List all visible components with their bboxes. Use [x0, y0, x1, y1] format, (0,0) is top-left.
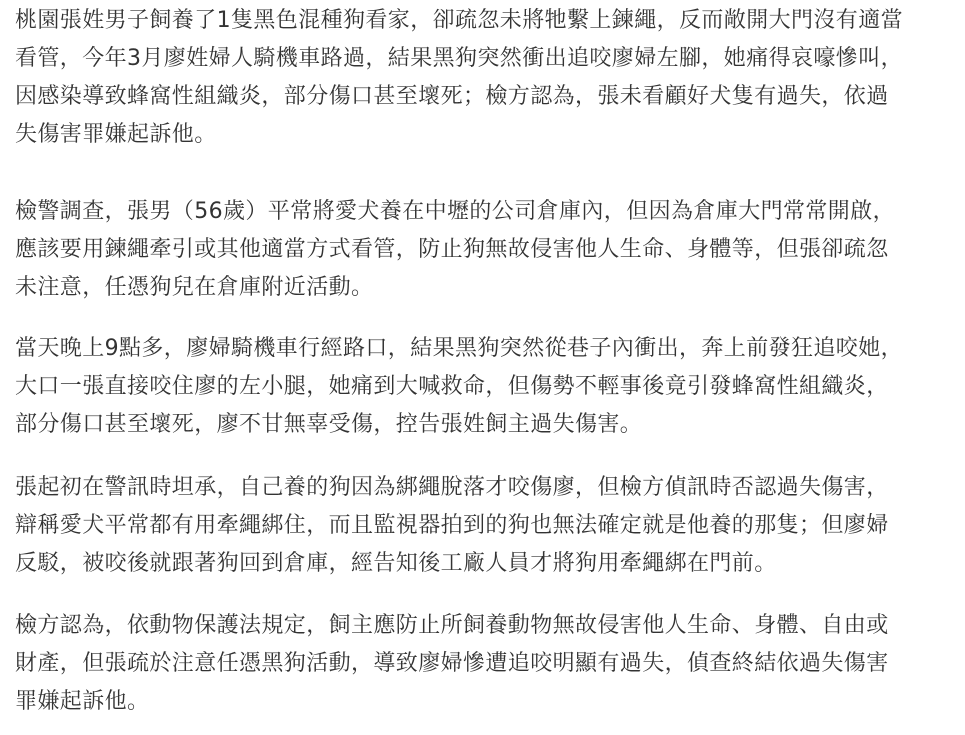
paragraph-line: 桃園張姓男子飼養了1隻黑色混種狗看家，卻疏忽未將牠繫上鍊繩，反而敞開大門沒有適當 [15, 2, 903, 40]
paragraph-1: 桃園張姓男子飼養了1隻黑色混種狗看家，卻疏忽未將牠繫上鍊繩，反而敞開大門沒有適當… [15, 2, 903, 154]
paragraph-line: 財產，但張疏於注意任憑黑狗活動，導致廖婦慘遭追咬明顯有過失，偵查終結依過失傷害 [15, 645, 889, 683]
paragraph-line: 部分傷口甚至壞死，廖不甘無辜受傷，控告張姓飼主過失傷害。 [15, 406, 903, 444]
paragraph-line: 因感染導致蜂窩性組織炎，部分傷口甚至壞死；檢方認為，張未看顧好犬隻有過失，依過 [15, 78, 903, 116]
paragraph-line: 張起初在警訊時坦承，自己養的狗因為綁繩脫落才咬傷廖，但檢方偵訊時否認過失傷害， [15, 469, 889, 507]
paragraph-line: 大口一張直接咬住廖的左小腿，她痛到大喊救命，但傷勢不輕事後竟引發蜂窩性組織炎， [15, 368, 903, 406]
paragraph-3: 當天晚上9點多，廖婦騎機車行經路口，結果黑狗突然從巷子內衝出，奔上前發狂追咬她，… [15, 330, 903, 444]
paragraph-line: 反駁，被咬後就跟著狗回到倉庫，經告知後工廠人員才將狗用牽繩綁在門前。 [15, 545, 889, 583]
paragraph-4: 張起初在警訊時坦承，自己養的狗因為綁繩脫落才咬傷廖，但檢方偵訊時否認過失傷害， … [15, 469, 889, 583]
paragraph-line: 看管，今年3月廖姓婦人騎機車路過，結果黑狗突然衝出追咬廖婦左腳，她痛得哀嚎慘叫， [15, 40, 903, 78]
paragraph-line: 未注意，任憑狗兒在倉庫附近活動。 [15, 269, 895, 307]
paragraph-line: 當天晚上9點多，廖婦騎機車行經路口，結果黑狗突然從巷子內衝出，奔上前發狂追咬她， [15, 330, 903, 368]
paragraph-5: 檢方認為，依動物保護法規定，飼主應防止所飼養動物無故侵害他人生命、身體、自由或 … [15, 607, 889, 721]
paragraph-line: 應該要用鍊繩牽引或其他適當方式看管，防止狗無故侵害他人生命、身體等，但張卻疏忽 [15, 231, 895, 269]
paragraph-line: 辯稱愛犬平常都有用牽繩綁住，而且監視器拍到的狗也無法確定就是他養的那隻；但廖婦 [15, 507, 889, 545]
paragraph-line: 失傷害罪嫌起訴他。 [15, 116, 903, 154]
paragraph-line: 檢方認為，依動物保護法規定，飼主應防止所飼養動物無故侵害他人生命、身體、自由或 [15, 607, 889, 645]
paragraph-line: 罪嫌起訴他。 [15, 683, 889, 721]
paragraph-line: 檢警調查，張男（56歲）平常將愛犬養在中壢的公司倉庫內，但因為倉庫大門常常開啟， [15, 193, 895, 231]
paragraph-2: 檢警調查，張男（56歲）平常將愛犬養在中壢的公司倉庫內，但因為倉庫大門常常開啟，… [15, 193, 895, 307]
